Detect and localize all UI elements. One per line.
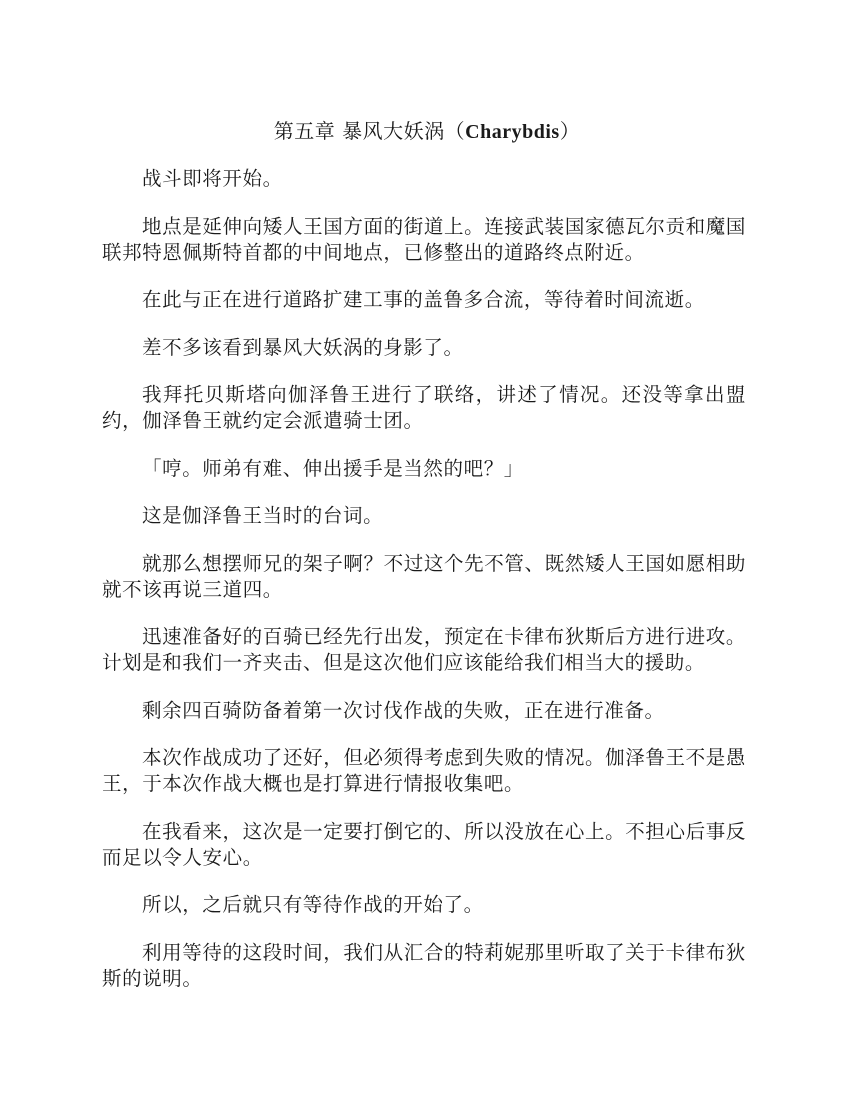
paragraph: 在我看来，这次是一定要打倒它的、所以没放在心上。不担心后事反而足以令人安心。 [102,819,746,871]
paragraph: 迅速准备好的百骑已经先行出发，预定在卡律布狄斯后方进行进攻。计划是和我们一齐夹击… [102,624,746,676]
dialogue-paragraph: 「哼。师弟有难、伸出援手是当然的吧？」 [102,456,746,482]
chapter-title-suffix: ） [560,119,581,143]
paragraph: 所以，之后就只有等待作战的开始了。 [102,892,746,918]
paragraph: 我拜托贝斯塔向伽泽鲁王进行了联络，讲述了情况。还没等拿出盟约，伽泽鲁王就约定会派… [102,382,746,434]
chapter-title-prefix: 第五章 暴风大妖涡（ [274,119,465,143]
paragraph: 在此与正在进行道路扩建工事的盖鲁多合流，等待着时间流逝。 [102,287,746,313]
paragraph: 这是伽泽鲁王当时的台词。 [102,503,746,529]
paragraph: 差不多该看到暴风大妖涡的身影了。 [102,335,746,361]
paragraph: 地点是延伸向矮人王国方面的街道上。连接武装国家德瓦尔贡和魔国联邦特恩佩斯特首都的… [102,214,746,266]
paragraph: 战斗即将开始。 [102,166,746,192]
chapter-title-latin: Charybdis [465,121,560,143]
paragraph: 本次作战成功了还好，但必须得考虑到失败的情况。伽泽鲁王不是愚王，于本次作战大概也… [102,745,746,797]
paragraph: 剩余四百骑防备着第一次讨伐作战的失败，正在进行准备。 [102,698,746,724]
paragraph: 就那么想摆师兄的架子啊？不过这个先不管、既然矮人王国如愿相助就不该再说三道四。 [102,551,746,603]
chapter-title: 第五章 暴风大妖涡（Charybdis） [102,118,746,144]
document-page: 第五章 暴风大妖涡（Charybdis） 战斗即将开始。 地点是延伸向矮人王国方… [102,118,746,1013]
paragraph: 利用等待的这段时间，我们从汇合的特莉妮那里听取了关于卡律布狄斯的说明。 [102,940,746,992]
